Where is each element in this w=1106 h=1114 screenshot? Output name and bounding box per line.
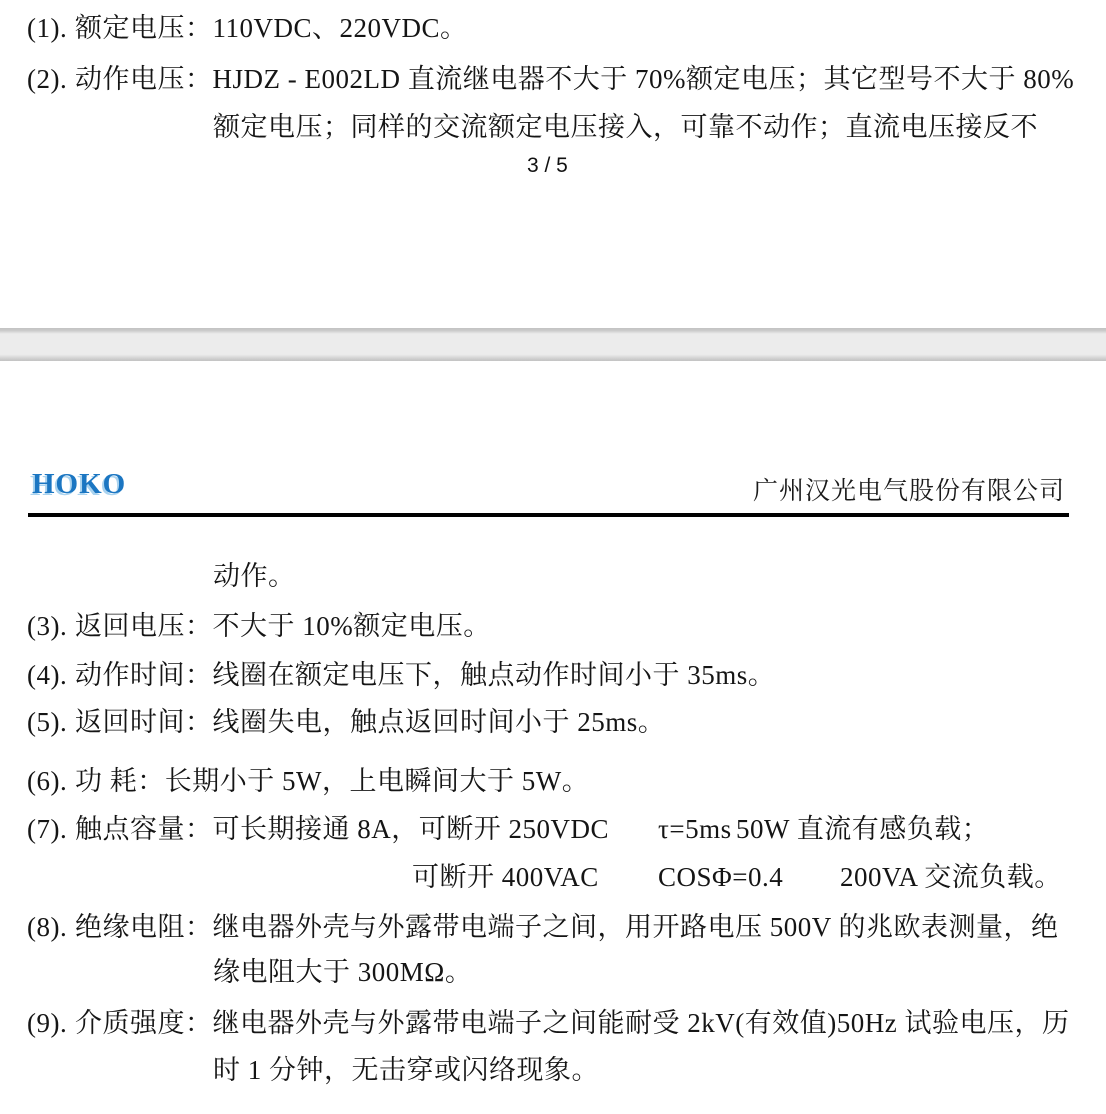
list-item-3: (3). 返回电压：不大于 10%额定电压。 — [0, 609, 1106, 643]
item-2-continuation-2: 动作。 — [0, 559, 1106, 593]
list-item-7-line1: (7). 触点容量：可长期接通 8A，可断开 250VDC τ=5ms 50W … — [0, 812, 1106, 846]
item-2-text: 动作电压：HJDZ - E002LD 直流继电器不大于 70%额定电压；其它型号… — [75, 62, 1074, 96]
item-4-text: 动作时间：线圈在额定电压下，触点动作时间小于 35ms。 — [75, 658, 775, 692]
item-1-text: 额定电压：110VDC、220VDC。 — [75, 11, 468, 45]
list-item-8-continuation: 缘电阻大于 300MΩ。 — [0, 955, 1106, 989]
page-separator — [0, 328, 1106, 361]
list-item-2: (2). 动作电压：HJDZ - E002LD 直流继电器不大于 70%额定电压… — [0, 62, 1106, 96]
item-7-ac-load: 200VA 交流负载。 — [840, 860, 1062, 894]
pdf-viewer[interactable]: (1). 额定电压：110VDC、220VDC。 (2). 动作电压：HJDZ … — [0, 0, 1106, 1114]
item-9-text: 介质强度：继电器外壳与外露带电端子之间能耐受 2kV(有效值)50Hz 试验电压… — [75, 1006, 1069, 1040]
item-2-continuation-2-text: 动作。 — [213, 559, 296, 593]
item-4-number: (4). — [27, 658, 67, 692]
list-item-5: (5). 返回时间：线圈失电，触点返回时间小于 25ms。 — [0, 705, 1106, 739]
item-7-ac-breaking: 可断开 400VAC — [412, 860, 599, 894]
item-6-text: 功 耗：长期小于 5W，上电瞬间大于 5W。 — [75, 764, 589, 798]
item-9-number: (9). — [27, 1006, 67, 1040]
list-item-1: (1). 额定电压：110VDC、220VDC。 — [0, 11, 1106, 45]
list-item-7-line2: 可断开 400VAC COSΦ=0.4 200VA 交流负载。 — [0, 860, 1106, 894]
list-item-6: (6). 功 耗：长期小于 5W，上电瞬间大于 5W。 — [0, 764, 1106, 798]
company-name: 广州汉光电气股份有限公司 — [753, 476, 1065, 508]
item-7-tau-value: τ=5ms — [658, 812, 732, 846]
list-item-2-continuation: 额定电压；同样的交流额定电压接入，可靠不动作；直流电压接反不 — [0, 110, 1106, 144]
item-8-text: 绝缘电阻：继电器外壳与外露带电端子之间，用开路电压 500V 的兆欧表测量，绝 — [75, 910, 1059, 944]
item-9-continuation-text: 时 1 分钟，无击穿或闪络现象。 — [213, 1053, 599, 1087]
company-logo: HOKO — [32, 468, 126, 500]
list-item-8: (8). 绝缘电阻：继电器外壳与外露带电端子之间，用开路电压 500V 的兆欧表… — [0, 910, 1106, 944]
header-rule — [28, 513, 1069, 517]
list-item-4: (4). 动作时间：线圈在额定电压下，触点动作时间小于 35ms。 — [0, 658, 1106, 692]
list-item-9: (9). 介质强度：继电器外壳与外露带电端子之间能耐受 2kV(有效值)50Hz… — [0, 1006, 1106, 1040]
item-8-continuation-text: 缘电阻大于 300MΩ。 — [213, 955, 472, 989]
item-3-number: (3). — [27, 609, 67, 643]
item-5-text: 返回时间：线圈失电，触点返回时间小于 25ms。 — [75, 705, 665, 739]
item-1-number: (1). — [27, 11, 67, 45]
item-7-dc-load: 50W 直流有感负载； — [736, 812, 989, 846]
item-7-number: (7). — [27, 812, 67, 846]
item-2-continuation-text: 额定电压；同样的交流额定电压接入，可靠不动作；直流电压接反不 — [213, 110, 1038, 144]
list-item-9-continuation: 时 1 分钟，无击穿或闪络现象。 — [0, 1053, 1106, 1087]
item-2-number: (2). — [27, 62, 67, 96]
item-7-text: 触点容量：可长期接通 8A，可断开 250VDC — [75, 812, 609, 846]
item-7-cos-value: COSΦ=0.4 — [658, 860, 783, 894]
page-number: 3 / 5 — [527, 153, 568, 179]
item-6-number: (6). — [27, 764, 67, 798]
item-8-number: (8). — [27, 910, 67, 944]
item-3-text: 返回电压：不大于 10%额定电压。 — [75, 609, 491, 643]
item-5-number: (5). — [27, 705, 67, 739]
